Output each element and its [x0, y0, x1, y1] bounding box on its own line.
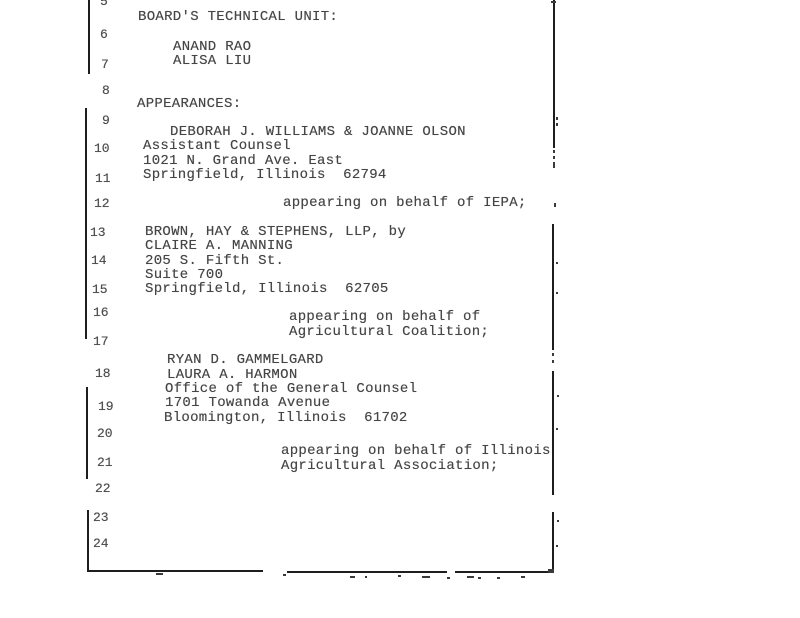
scan-speck	[557, 395, 559, 397]
scan-speck	[467, 576, 474, 578]
line-number: 5	[100, 0, 108, 8]
transcript-line: Agricultural Association;	[281, 459, 499, 473]
scan-speck	[497, 577, 500, 579]
line-number: 15	[92, 283, 108, 296]
scan-speck	[552, 360, 554, 363]
scan-speck	[156, 573, 163, 575]
transcript-line: 1701 Towanda Avenue	[165, 396, 330, 410]
border-rule-vertical	[86, 387, 88, 479]
border-rule-vertical	[552, 512, 554, 572]
line-number: 13	[90, 226, 106, 239]
scan-speck	[556, 292, 558, 294]
scan-speck	[552, 353, 554, 356]
transcript-line: appearing on behalf of IEPA;	[283, 196, 527, 210]
scan-speck	[350, 576, 355, 578]
transcript-line: BOARD'S TECHNICAL UNIT:	[138, 10, 338, 24]
line-number: 11	[95, 172, 111, 185]
transcript-line: ANAND RAO	[173, 40, 251, 54]
line-number: 8	[102, 84, 110, 97]
transcript-line: appearing on behalf of	[289, 310, 480, 324]
transcript-line: Office of the General Counsel	[165, 382, 417, 396]
scan-speck	[556, 428, 558, 430]
border-rule-vertical	[553, 0, 555, 148]
scan-speck	[556, 545, 558, 547]
line-number: 18	[95, 367, 111, 380]
border-rule-vertical	[552, 371, 554, 495]
scan-speck	[553, 156, 555, 159]
transcript-line: CLAIRE A. MANNING	[145, 239, 293, 253]
transcript-line: Suite 700	[145, 268, 223, 282]
scan-speck	[554, 203, 556, 207]
scan-speck	[557, 520, 559, 522]
line-number: 10	[94, 142, 110, 155]
border-rule-vertical	[552, 224, 554, 350]
transcript-line: RYAN D. GAMMELGARD	[167, 353, 324, 367]
line-number: 20	[97, 427, 113, 440]
scan-speck	[556, 123, 558, 126]
scan-speck	[556, 117, 558, 120]
scanned-transcript-page: 56789101112131415161718192021222324BOARD…	[0, 0, 800, 618]
line-number: 16	[93, 306, 109, 319]
transcript-line: Agricultural Coalition;	[289, 325, 489, 339]
line-number: 9	[102, 114, 110, 127]
border-rule-horizontal	[455, 571, 552, 573]
line-number: 6	[100, 28, 108, 41]
border-rule-vertical	[85, 108, 87, 339]
transcript-line: Springfield, Illinois 62794	[143, 168, 387, 182]
line-number: 17	[93, 335, 109, 348]
scan-speck	[365, 576, 367, 578]
border-rule-vertical	[87, 510, 89, 571]
scan-speck	[548, 569, 554, 573]
line-number: 23	[93, 511, 109, 524]
transcript-line: DEBORAH J. WILLIAMS & JOANNE OLSON	[170, 125, 466, 139]
transcript-line: APPEARANCES:	[137, 97, 241, 111]
transcript-line: ALISA LIU	[173, 54, 251, 68]
border-rule-vertical	[88, 0, 90, 74]
transcript-line: 205 S. Fifth St.	[145, 254, 284, 268]
scan-speck	[521, 576, 525, 578]
line-number: 21	[97, 456, 113, 469]
line-number: 22	[95, 482, 111, 495]
border-rule-horizontal	[87, 570, 263, 572]
scan-speck	[422, 576, 430, 578]
scan-speck	[553, 162, 555, 168]
scan-speck	[478, 577, 481, 579]
border-rule-horizontal	[287, 571, 447, 573]
scan-speck	[447, 577, 450, 579]
line-number: 19	[98, 400, 114, 413]
scan-speck	[283, 574, 286, 576]
transcript-line: Springfield, Illinois 62705	[145, 282, 389, 296]
line-number: 7	[101, 58, 109, 71]
transcript-line: LAURA A. HARMON	[167, 368, 298, 382]
transcript-line: Bloomington, Illinois 61702	[164, 411, 408, 425]
scan-speck	[398, 575, 401, 577]
scan-speck	[553, 150, 555, 153]
transcript-line: BROWN, HAY & STEPHENS, LLP, by	[145, 225, 406, 239]
scan-speck	[551, 1, 556, 3]
line-number: 12	[94, 197, 110, 210]
line-number: 14	[91, 254, 107, 267]
transcript-line: Assistant Counsel	[143, 139, 291, 153]
line-number: 24	[93, 537, 109, 550]
transcript-line: 1021 N. Grand Ave. East	[143, 154, 343, 168]
transcript-line: appearing on behalf of Illinois	[281, 444, 551, 458]
scan-speck	[556, 262, 558, 264]
